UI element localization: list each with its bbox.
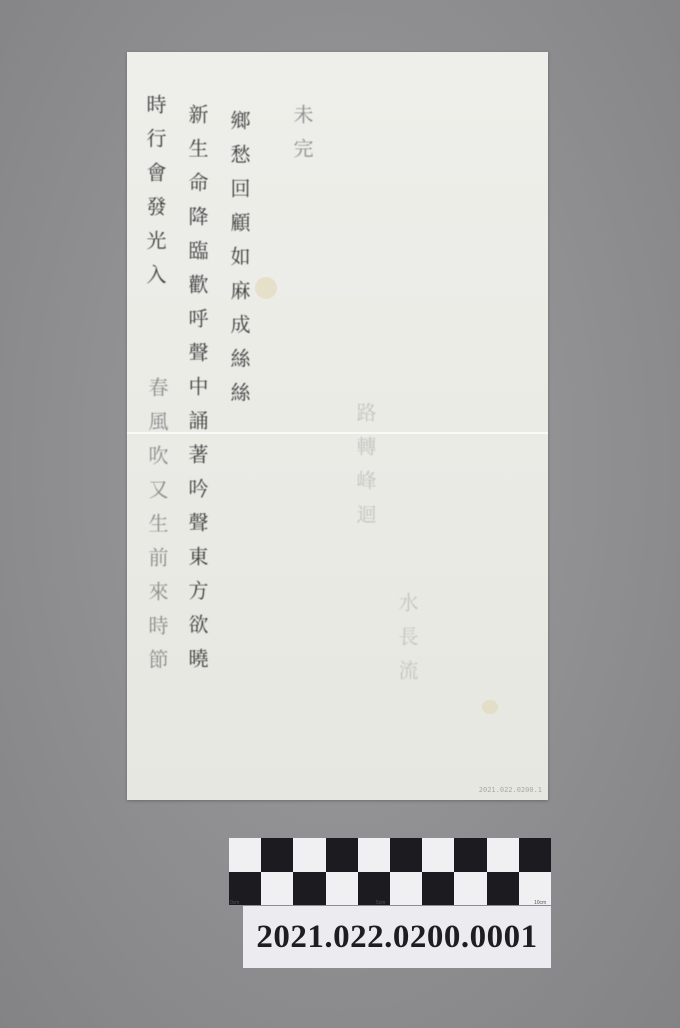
- manuscript-column: 水長流: [397, 592, 417, 694]
- manuscript-column: 鄉愁回顧如麻成絲絲: [229, 110, 249, 416]
- manuscript-paper: 未完 鄉愁回顧如麻成絲絲 新生命降臨歡呼聲中誦著吟聲東方欲曉 時行會發光入 春風…: [127, 52, 548, 800]
- paper-stain: [255, 277, 277, 299]
- paper-stain: [482, 700, 498, 714]
- color-scale-bar: [229, 838, 551, 905]
- corner-stamp: 2021.022.0200.1: [479, 786, 542, 794]
- manuscript-column: 未完: [292, 104, 312, 172]
- accession-number-label: 2021.022.0200.0001: [243, 906, 551, 968]
- manuscript-column: 時行會發光入: [145, 94, 165, 298]
- manuscript-column: 新生命降臨歡呼聲中誦著吟聲東方欲曉: [187, 104, 207, 682]
- scale-tick-0: 0cm: [230, 900, 239, 906]
- manuscript-column: 春風吹又生前來時節: [147, 377, 167, 683]
- manuscript-column: 路轉峰迴: [355, 402, 375, 538]
